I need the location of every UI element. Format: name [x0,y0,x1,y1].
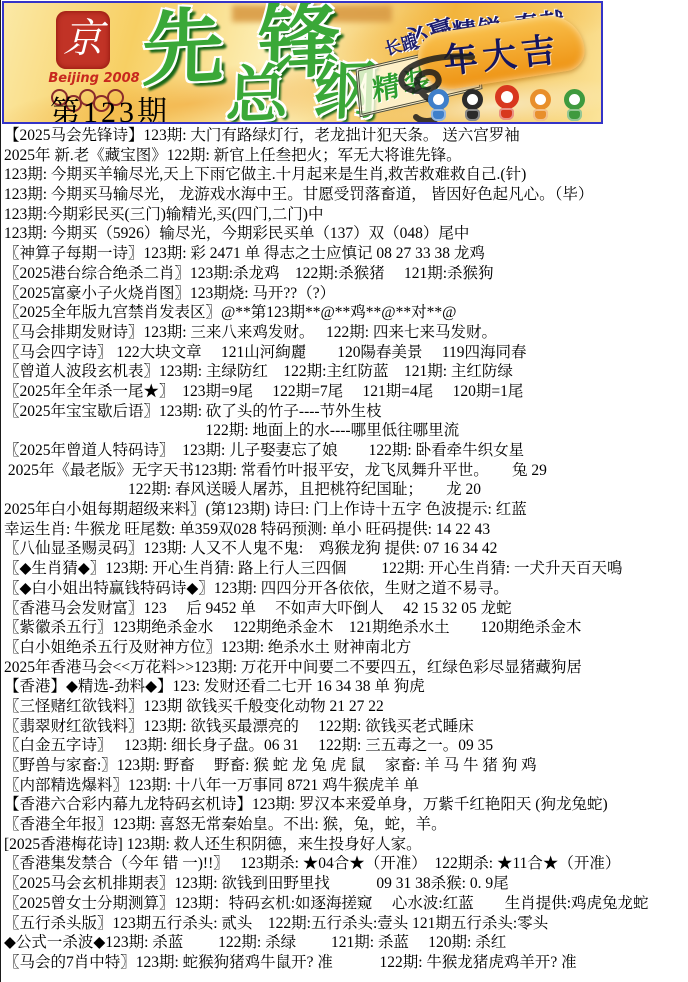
text-line: 〖◆白小姐出特赢钱特码诗◆〗123期: 四四分开各依依，生财之道不易寻。 [1,579,688,599]
text-line: 〖2025富豪小子火烧肖图〗123期烧: 马开??（?） [1,284,688,304]
text-line: 〖翡翠财红欲钱料〗123期: 欲钱买最漂亮的 122期: 欲钱买老式睡床 [1,717,688,737]
text-line: 〖香港集发禁合（今年 错 一)!!〗 123期杀: ★04合★（开准） 122期… [1,854,688,874]
jingjing-panda-mascot-icon [458,89,487,123]
text-line: 〖神算子每期一诗〗123期: 彩 2471 单 得志之士应慎记 08 27 33… [1,244,688,264]
text-line: 〖◆生肖猜◆〗123期: 开心生肖猜: 路上行人三四個 122期: 开心生肖猜:… [1,559,688,579]
huanhuan-flame-mascot-icon [492,85,521,123]
text-line: 〖2025年全年杀一尾★〗 123期=9尾 122期=7尾 121期=4尾 12… [1,382,688,402]
text-line: 123期: 今期买（5926）输尽光，今期彩民买单（137）双（048）尾中 [1,224,688,244]
emblem-city-year: Beijing 2008 [44,71,144,86]
text-line: 幸运生肖: 牛猴龙 旺尾数: 单359双028 特码预测: 单小 旺码提供: 1… [1,520,688,540]
text-line: 2025年《最老版》无字天书123期: 常看竹叶报平安，龙飞凤舞升平世。 兔 2… [1,461,688,481]
nini-green-mascot-icon [560,89,589,123]
text-line: 〖马会的7肖中特〗123期: 蛇猴狗猪鸡牛鼠开? 准 122期: 牛猴龙猪虎鸡羊… [1,953,688,973]
text-line: 〖五行杀头版〗123期五行杀头: 贰头 122期:五行杀头:壹头 121期五行杀… [1,914,688,934]
text-line: 【2025马会先锋诗】123期: 大门有路绿灯行，老龙拙计犯天条。 送六宫罗袖 [1,126,688,146]
text-line: ◆公式一杀波◆123期: 杀蓝 122期: 杀绿 121期: 杀蓝 120期: … [1,933,688,953]
emblem-seal-icon: 京 [56,11,110,69]
text-line: [2025香港梅花诗] 123期: 救人还生积阴德，来生投身好人家。 [1,835,688,855]
text-line: 〖八仙显圣赐灵码〗123期: 人又不人鬼不鬼: 鸡猴龙狗 提供: 07 16 3… [1,539,688,559]
mascot-row [424,85,600,123]
text-line: 〖2025年宝宝歇后语〗123期: 砍了头的竹子----节外生枝 [1,402,688,422]
text-line: 123期: 今期买马输尽光， 龙游戏水海中王。甘愿受罚落畜道， 皆因好色起凡心。… [1,185,688,205]
text-line: 123期: 今期买羊输尽光,天上下雨它做主.十月起来是生肖,救苦救难救自己.(针… [1,165,688,185]
tip-sheet-body: 【2025马会先锋诗】123期: 大门有路绿灯行，老龙拙计犯天条。 送六宫罗袖2… [1,126,688,973]
seal-character: 京 [63,16,103,62]
text-line: 〖野兽与家畜:〗123期: 野畜 野畜: 猴 蛇 龙 兔 虎 鼠 家畜: 羊 马… [1,756,688,776]
beibei-blue-mascot-icon [424,89,453,123]
yingying-orange-mascot-icon [526,89,555,123]
text-line: 【香港】◆精选-劲料◆】123: 发财还看二七开 16 34 38 单 狗虎 [1,677,688,697]
text-line: 〖香港全年报〗123期: 喜怒无常秦始皇。不出: 猴，兔，蛇，羊。 [1,815,688,835]
text-line: 〖2025曾女士分期测算〗123期：特码玄机:如逐海搓窥 心水波:红蓝 生肖提供… [1,894,688,914]
text-line: 122期: 地面上的水----哪里低往哪里流 [1,421,688,441]
text-line: 〖2025港台综合绝杀二肖〗123期:杀龙鸡 122期:杀猴猪 121期:杀猴狗 [1,264,688,284]
text-line: 〖2025年曾道人特码诗〗 123期: 儿子娶妻忘了娘 122期: 卧看牵牛织女… [1,441,688,461]
issue-number: 第123期 [50,87,170,124]
text-line: 2025年 新.老《藏宝图》122期: 新官上任叁把火；军无大将谁先锋。 [1,146,688,166]
text-line: 〖三怪赌红欲钱料〗123期 欲钱买千般变化动物 21 27 22 [1,697,688,717]
text-line: 〖2025马会玄机排期表〗123期: 欲钱到田野里找 09 31 38杀猴: 0… [1,874,688,894]
masthead: 京 Beijing 2008 先锋 总纲 第123期 精装版 必赢 精锐 奉献 … [2,1,603,124]
text-line: 〖曾道人波段玄机表〗123期: 主绿防红 122期:主红防蓝 121期: 主红防… [1,362,688,382]
tip-sheet-page: 京 Beijing 2008 先锋 总纲 第123期 精装版 必赢 精锐 奉献 … [0,0,688,982]
text-line: 〖紫徽杀五行〗123期绝杀金水 122期绝杀金木 121期绝杀水土 120期绝杀… [1,618,688,638]
text-line: 〖2025全年版九宫禁肖发表区〗@**第123期**@**鸡**@**对**@ [1,303,688,323]
text-line: 122期: 春风送暖人屠苏，且把桃符纪国耻； 龙 20 [1,480,688,500]
text-line: 123期:今期彩民买(三门)输精光,买(四门,二门)中 [1,205,688,225]
text-line: 〖马会四字诗〗 122大块文章 121山河絢麗 120陽春美景 119四海同春 [1,343,688,363]
text-line: 〖白金五字诗〗 123期: 细长身子盘。06 31 122期: 三五毒之一。09… [1,736,688,756]
text-line: 2025年香港马会<<万花料>>123期: 万花开中间要二不要四五，红绿色彩尽显… [1,658,688,678]
text-line: 【香港六合彩内幕九龙特码玄机诗】123期: 罗汉本来爱单身，万紫千红艳阳天 (狗… [1,795,688,815]
text-line: 〖白小姐绝杀五行及财神方位〗123期: 绝杀水土 财神南北方 [1,638,688,658]
text-line: 〖马会排期发财诗〗123期: 三来八来鸡发财。 122期: 四来七来马发财。 [1,323,688,343]
text-line: 〖内部精选爆料〗123期: 十八年一万事同 8721 鸡牛猴虎羊 单 [1,776,688,796]
text-line: 〖香港马会发财富〗123 后 9452 单 不如声大吓倒人 42 15 32 0… [1,599,688,619]
text-line: 2025年白小姐每期超级来料〗(第123期) 诗曰: 门上作诗十五字 色波提示:… [1,500,688,520]
